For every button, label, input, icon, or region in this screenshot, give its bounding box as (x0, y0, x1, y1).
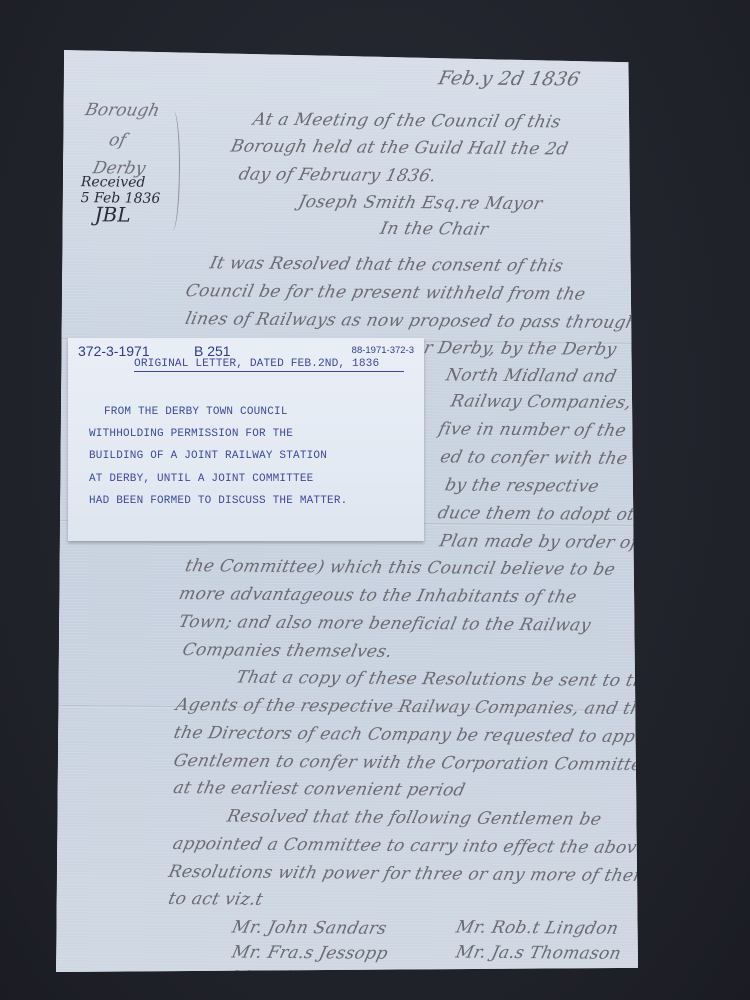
text-line: Town; and also more beneficial to the Ra… (177, 612, 593, 636)
committee-member: Mr. John Johnson (230, 968, 387, 989)
label-title-text: ORIGINAL LETTER, DATED FEB.2ND, 1836 (134, 358, 404, 372)
label-description: FROM THE DERBY TOWN COUNCIL WITHHOLDING … (89, 401, 347, 512)
text-line: Council be for the present withheld from… (184, 281, 588, 304)
text-line: lines of Railways as now proposed to pas… (183, 309, 639, 333)
text-line: day of February 1836. (237, 165, 438, 187)
text-line: to act viz.t (166, 889, 265, 910)
text-line: more advantageous to the Inhabitants of … (177, 584, 579, 607)
label-catalog-number: 372-3-1971 (78, 343, 150, 359)
committee-member: Mr. Ja.s Thomason (454, 942, 623, 963)
text-line: ed to confer with the (438, 447, 629, 469)
label-line: FROM THE DERBY TOWN COUNCIL (89, 401, 347, 423)
label-line: WITHHOLDING PERMISSION FOR THE (89, 423, 347, 445)
committee-member: Mr. Fra.s Jessopp (230, 943, 390, 964)
text-line: In the Chair (378, 219, 490, 240)
label-box-number: B 251 (194, 343, 231, 359)
text-line: by the respective (443, 475, 601, 496)
text-line: Resolved that the following Gentlemen be (225, 806, 603, 829)
margin-of: of (107, 130, 128, 150)
text-line: Gentlemen to confer with the Corporation… (172, 751, 655, 775)
text-line: duce them to adopt other (436, 503, 667, 525)
margin-borough: Borough (83, 100, 161, 121)
text-line: the Committee) which this Council believ… (183, 556, 617, 580)
text-line: Plan made by order of (438, 531, 640, 553)
committee-member: Mr. John Sandars (230, 918, 389, 939)
label-title: ORIGINAL LETTER, DATED FEB.2ND, 1836 (68, 358, 424, 372)
date-header: Feb.y 2d 1836 (436, 67, 582, 90)
margin-brace (165, 111, 180, 231)
received-initials: JBL (94, 206, 160, 223)
label-accession-number: 88-1971-372-3 (352, 345, 414, 356)
text-line: Joseph Smith Esq.re Mayor (296, 192, 544, 214)
text-line: It was Resolved that the consent of this (208, 253, 565, 276)
text-line: Railway Companies, (449, 391, 634, 413)
text-line: at the earliest convenient period (171, 778, 467, 801)
received-label: Received (81, 174, 161, 191)
received-stamp: Received 5 Feb 1836 JBL (80, 174, 160, 223)
text-line: At a Meeting of the Council of this (251, 110, 563, 133)
text-line: North Midland and (444, 365, 618, 386)
text-line: Agents of the respective Railway Compani… (174, 695, 661, 719)
committee-member: Mr. Rob.t Lingdon (454, 917, 620, 938)
text-line: That a copy of these Resolutions be sent… (234, 668, 657, 692)
text-line: appointed a Committee to carry into effe… (171, 834, 649, 858)
label-line: BUILDING OF A JOINT RAILWAY STATION (89, 445, 347, 467)
text-line: the Directors of each Company be request… (172, 723, 672, 747)
text-line: Companies themselves. (181, 640, 395, 662)
text-line: Borough held at the Guild Hall the 2d (229, 136, 570, 159)
text-line: five in number of the (436, 419, 628, 441)
label-line: HAD BEEN FORMED TO DISCUSS THE MATTER. (89, 490, 347, 512)
archival-label-card: 372-3-1971 B 251 88-1971-372-3 ORIGINAL … (68, 338, 424, 541)
text-line: Resolutions with power for three or any … (167, 862, 652, 886)
label-line: AT DERBY, UNTIL A JOINT COMMITTEE (89, 468, 347, 490)
